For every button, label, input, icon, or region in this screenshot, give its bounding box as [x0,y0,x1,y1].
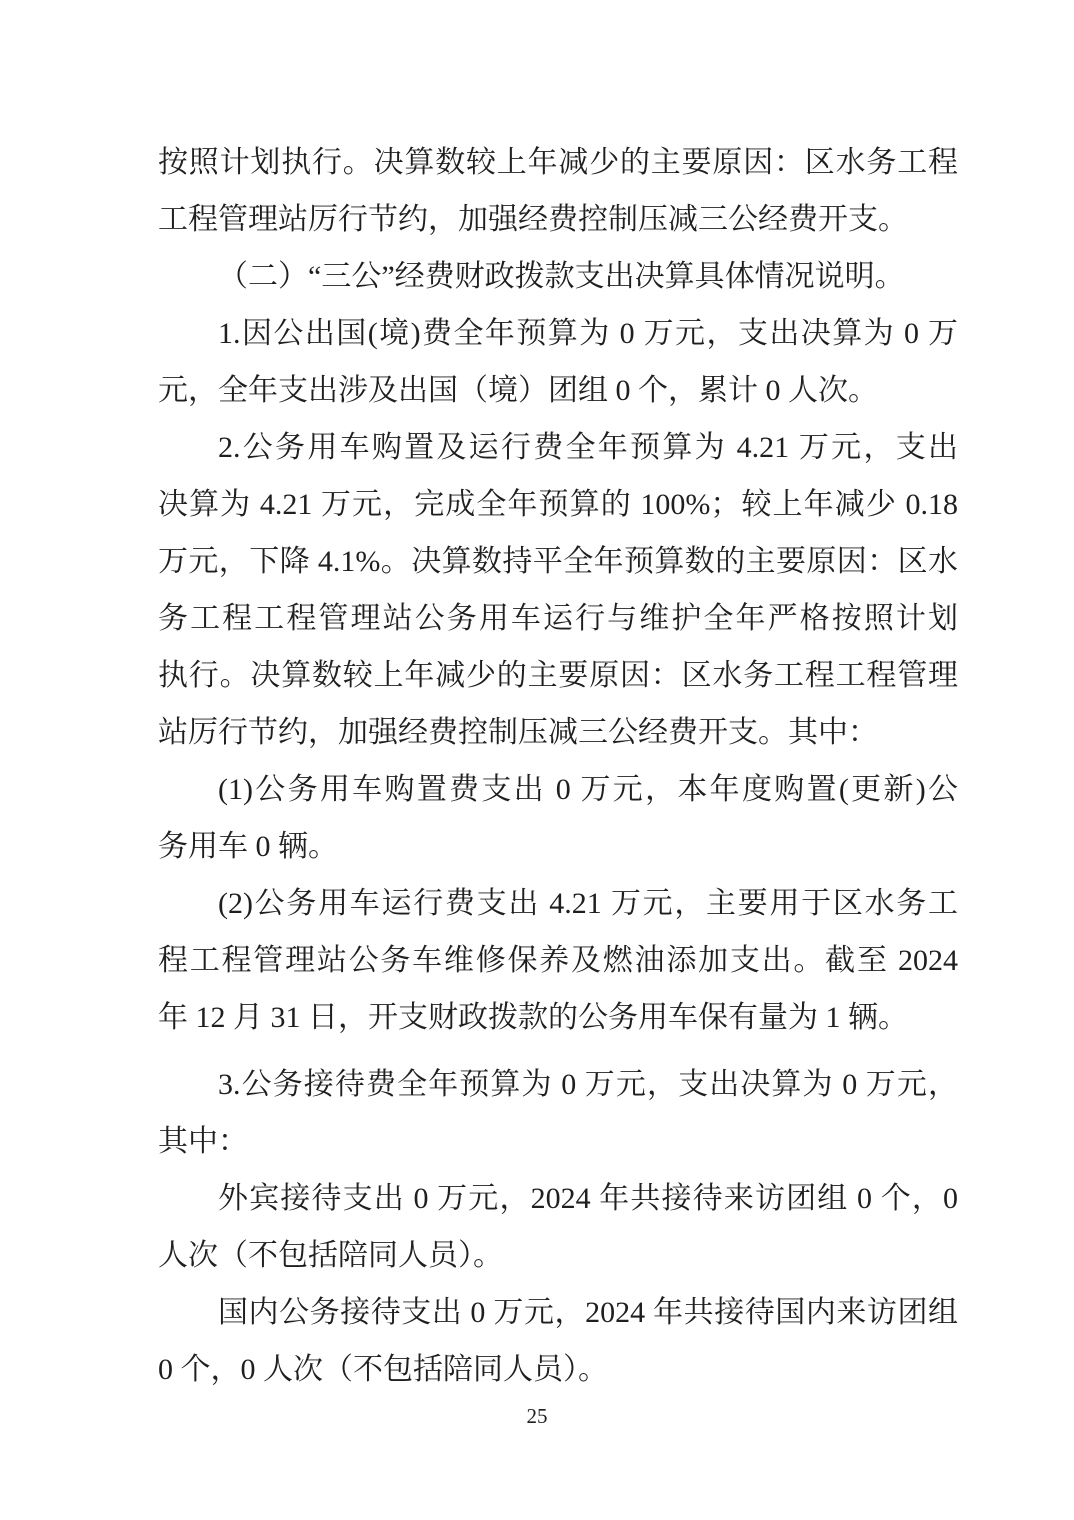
page-number: 25 [527,1404,548,1428]
paragraph: 1.因公出国(境)费全年预算为 0 万元，支出决算为 0 万元，全年支出涉及出国… [158,305,958,419]
text-line: 务用车 0 辆。 [158,818,958,875]
text-line: （二）“三公”经费财政拨款支出决算具体情况说明。 [158,248,958,305]
text-line: (1)公务用车购置费支出 0 万元，本年度购置(更新)公 [158,761,958,818]
text-line: 按照计划执行。决算数较上年减少的主要原因：区水务工程 [158,134,958,191]
text-line: 其中： [158,1113,958,1170]
text-line: (2)公务用车运行费支出 4.21 万元，主要用于区水务工 [158,875,958,932]
document-body: 按照计划执行。决算数较上年减少的主要原因：区水务工程工程管理站厉行节约，加强经费… [158,134,958,1398]
text-line: 万元，下降 4.1%。决算数持平全年预算数的主要原因：区水 [158,533,958,590]
text-line: 外宾接待支出 0 万元，2024 年共接待来访团组 0 个，0 [158,1170,958,1227]
paragraph: (2)公务用车运行费支出 4.21 万元，主要用于区水务工程工程管理站公务车维修… [158,875,958,1046]
paragraph: 按照计划执行。决算数较上年减少的主要原因：区水务工程工程管理站厉行节约，加强经费… [158,134,958,248]
text-line: 3.公务接待费全年预算为 0 万元，支出决算为 0 万元， [158,1056,958,1113]
paragraph: 2.公务用车购置及运行费全年预算为 4.21 万元，支出决算为 4.21 万元，… [158,419,958,761]
text-line: 人次（不包括陪同人员）。 [158,1227,958,1284]
text-line: 1.因公出国(境)费全年预算为 0 万元，支出决算为 0 万 [158,305,958,362]
text-line: 站厉行节约，加强经费控制压减三公经费开支。其中： [158,704,958,761]
text-line: 国内公务接待支出 0 万元，2024 年共接待国内来访团组 [158,1284,958,1341]
text-line: 工程管理站厉行节约，加强经费控制压减三公经费开支。 [158,191,958,248]
text-line: 决算为 4.21 万元，完成全年预算的 100%；较上年减少 0.18 [158,476,958,533]
page-footer: 25 [0,1403,1074,1429]
text-line: 务工程工程管理站公务用车运行与维护全年严格按照计划 [158,590,958,647]
paragraph: (1)公务用车购置费支出 0 万元，本年度购置(更新)公务用车 0 辆。 [158,761,958,875]
text-line: 2.公务用车购置及运行费全年预算为 4.21 万元，支出 [158,419,958,476]
text-line: 年 12 月 31 日，开支财政拨款的公务用车保有量为 1 辆。 [158,989,958,1046]
paragraph: 3.公务接待费全年预算为 0 万元，支出决算为 0 万元，其中： [158,1056,958,1170]
text-line: 0 个，0 人次（不包括陪同人员）。 [158,1341,958,1398]
text-line: 元，全年支出涉及出国（境）团组 0 个，累计 0 人次。 [158,362,958,419]
document-page: 按照计划执行。决算数较上年减少的主要原因：区水务工程工程管理站厉行节约，加强经费… [0,0,1074,1520]
paragraph: 国内公务接待支出 0 万元，2024 年共接待国内来访团组0 个，0 人次（不包… [158,1284,958,1398]
paragraph: 外宾接待支出 0 万元，2024 年共接待来访团组 0 个，0人次（不包括陪同人… [158,1170,958,1284]
text-line: 执行。决算数较上年减少的主要原因：区水务工程工程管理 [158,647,958,704]
paragraph: （二）“三公”经费财政拨款支出决算具体情况说明。 [158,248,958,305]
text-line: 程工程管理站公务车维修保养及燃油添加支出。截至 2024 [158,932,958,989]
